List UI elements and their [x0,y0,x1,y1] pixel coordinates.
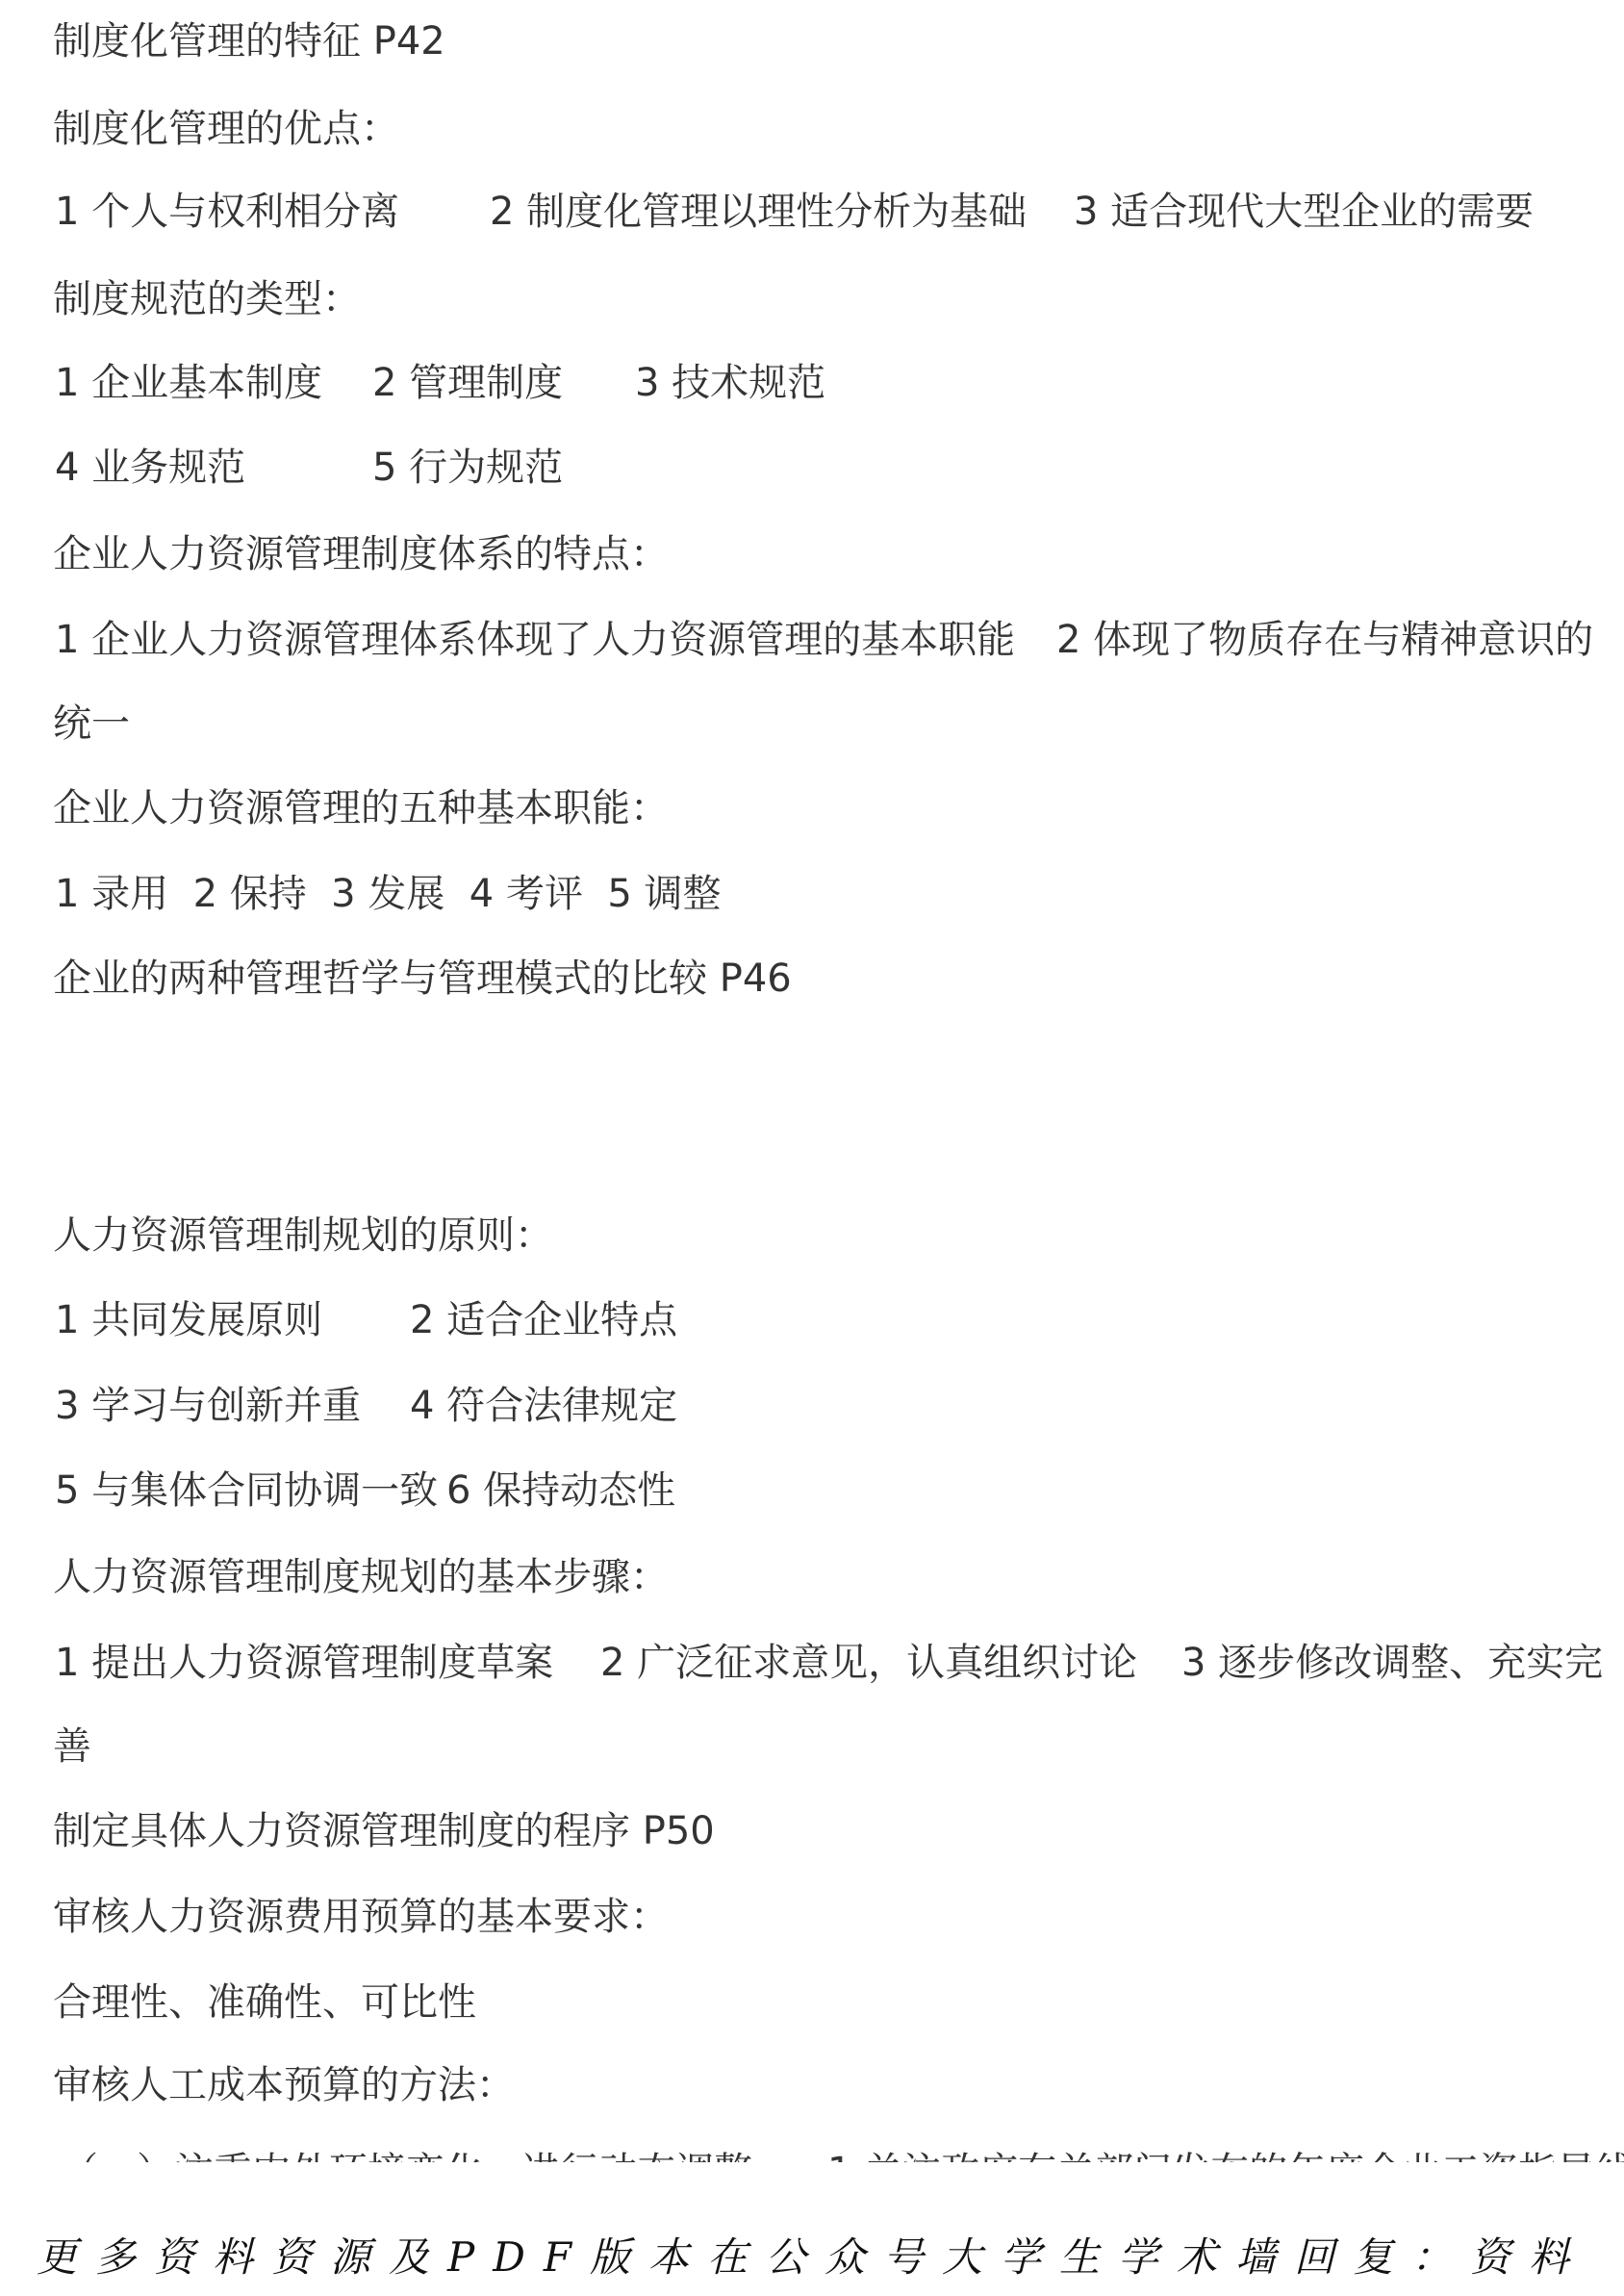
footer-banner: 更多资料资源及PDF版本在公众号大学生学术墙回复：资料 [0,2231,1624,2284]
list-item: 1 提出人力资源管理制度草案 [55,1640,553,1686]
list-item: 3 适合现代大型企业的需要 [1074,189,1534,235]
heading-line: 审核人力资源费用预算的基本要求： [0,1894,1624,1940]
list-item: 2 体现了物质存在与精神意识的 [1056,617,1593,663]
clipped-line: （一）注重内外环境变化，进行动态调整 1 关注政府有关部门发布的年度企业工资指导… [0,2145,1624,2162]
list-item: 2 广泛征求意见，认真组织讨论 [600,1640,1137,1686]
list-line: 1 企业人力资源管理体系体现了人力资源管理的基本职能 2 体现了物质存在与精神意… [0,617,1624,663]
list-item: 3 逐步修改调整、充实完 [1181,1640,1603,1686]
heading-line: 人力资源管理制规划的原则： [0,1212,1624,1259]
heading-line: 企业人力资源管理的五种基本职能： [0,785,1624,831]
list-line: 1 共同发展原则 2 适合企业特点 [0,1297,1624,1343]
list-line: 1 企业基本制度 2 管理制度 3 技术规范 [0,360,1624,406]
heading-text: 企业人力资源管理制度体系的特点： [53,531,669,577]
list-item-continuation: 善 [53,1723,91,1770]
list-item: 1 个人与权利相分离 [55,189,399,235]
clipped-text: （一）注重内外环境变化，进行动态调整 [60,2149,752,2162]
body-text: 合理性、准确性、可比性 [53,1979,476,2026]
list-line: 1 个人与权利相分离 2 制度化管理以理性分析为基础 3 适合现代大型企业的需要 [0,189,1624,235]
heading-text: 审核人工成本预算的方法： [53,2062,515,2108]
heading-text: 制度化管理的特征 P42 [53,18,445,64]
list-line: 5 与集体合同协调一致 6 保持动态性 [0,1467,1624,1514]
list-item: 6 保持动态性 [446,1467,675,1514]
list-line-continuation: 统一 [0,701,1624,747]
list-item: 5 与集体合同协调一致 [55,1467,438,1514]
list-item: 3 技术规范 [635,360,825,406]
heading-line: 企业的两种管理哲学与管理模式的比较 P46 [0,956,1624,1002]
list-item: 2 适合企业特点 [410,1297,677,1343]
list-line: 4 业务规范 5 行为规范 [0,445,1624,491]
heading-line: 制度规范的类型： [0,276,1624,322]
heading-line: 制度化管理的特征 P42 [0,18,1624,64]
heading-text: 制度化管理的优点： [53,106,399,152]
list-item: 5 行为规范 [372,445,563,491]
list-item: 4 业务规范 [55,445,245,491]
heading-text: 人力资源管理制度规划的基本步骤： [53,1554,669,1600]
clipped-text: 1 关注政府有关部门发布的年度企业工资指导线 [827,2149,1624,2162]
list-item: 1 企业基本制度 [55,360,322,406]
heading-text: 审核人力资源费用预算的基本要求： [53,1894,669,1940]
heading-text: 人力资源管理制规划的原则： [53,1212,553,1259]
list-item: 1 企业人力资源管理体系体现了人力资源管理的基本职能 [55,617,1015,663]
list-item: 1 录用 2 保持 3 发展 4 考评 5 调整 [55,871,722,917]
heading-text: 企业人力资源管理的五种基本职能： [53,785,669,831]
body-line: 合理性、准确性、可比性 [0,1979,1624,2026]
list-item: 2 制度化管理以理性分析为基础 [490,189,1027,235]
list-line-continuation: 善 [0,1723,1624,1770]
heading-line: 审核人工成本预算的方法： [0,2062,1624,2108]
heading-line: 人力资源管理制度规划的基本步骤： [0,1554,1624,1600]
list-item-continuation: 统一 [53,701,130,747]
list-item: 4 符合法律规定 [410,1383,677,1429]
list-line: 3 学习与创新并重 4 符合法律规定 [0,1383,1624,1429]
heading-text: 制度规范的类型： [53,276,361,322]
document-page: 制度化管理的特征 P42 制度化管理的优点： 1 个人与权利相分离 2 制度化管… [0,0,1624,2296]
heading-line: 制度化管理的优点： [0,106,1624,152]
list-item: 3 学习与创新并重 [55,1383,361,1429]
list-line: 1 提出人力资源管理制度草案 2 广泛征求意见，认真组织讨论 3 逐步修改调整、… [0,1640,1624,1686]
heading-line: 制定具体人力资源管理制度的程序 P50 [0,1808,1624,1854]
list-item: 2 管理制度 [372,360,563,406]
heading-line: 企业人力资源管理制度体系的特点： [0,531,1624,577]
heading-text: 制定具体人力资源管理制度的程序 P50 [53,1808,715,1854]
footer-text: 更多资料资源及PDF版本在公众号大学生学术墙回复：资料 [37,2233,1587,2281]
list-item: 1 共同发展原则 [55,1297,322,1343]
list-line: 1 录用 2 保持 3 发展 4 考评 5 调整 [0,871,1624,917]
heading-text: 企业的两种管理哲学与管理模式的比较 P46 [53,956,792,1002]
